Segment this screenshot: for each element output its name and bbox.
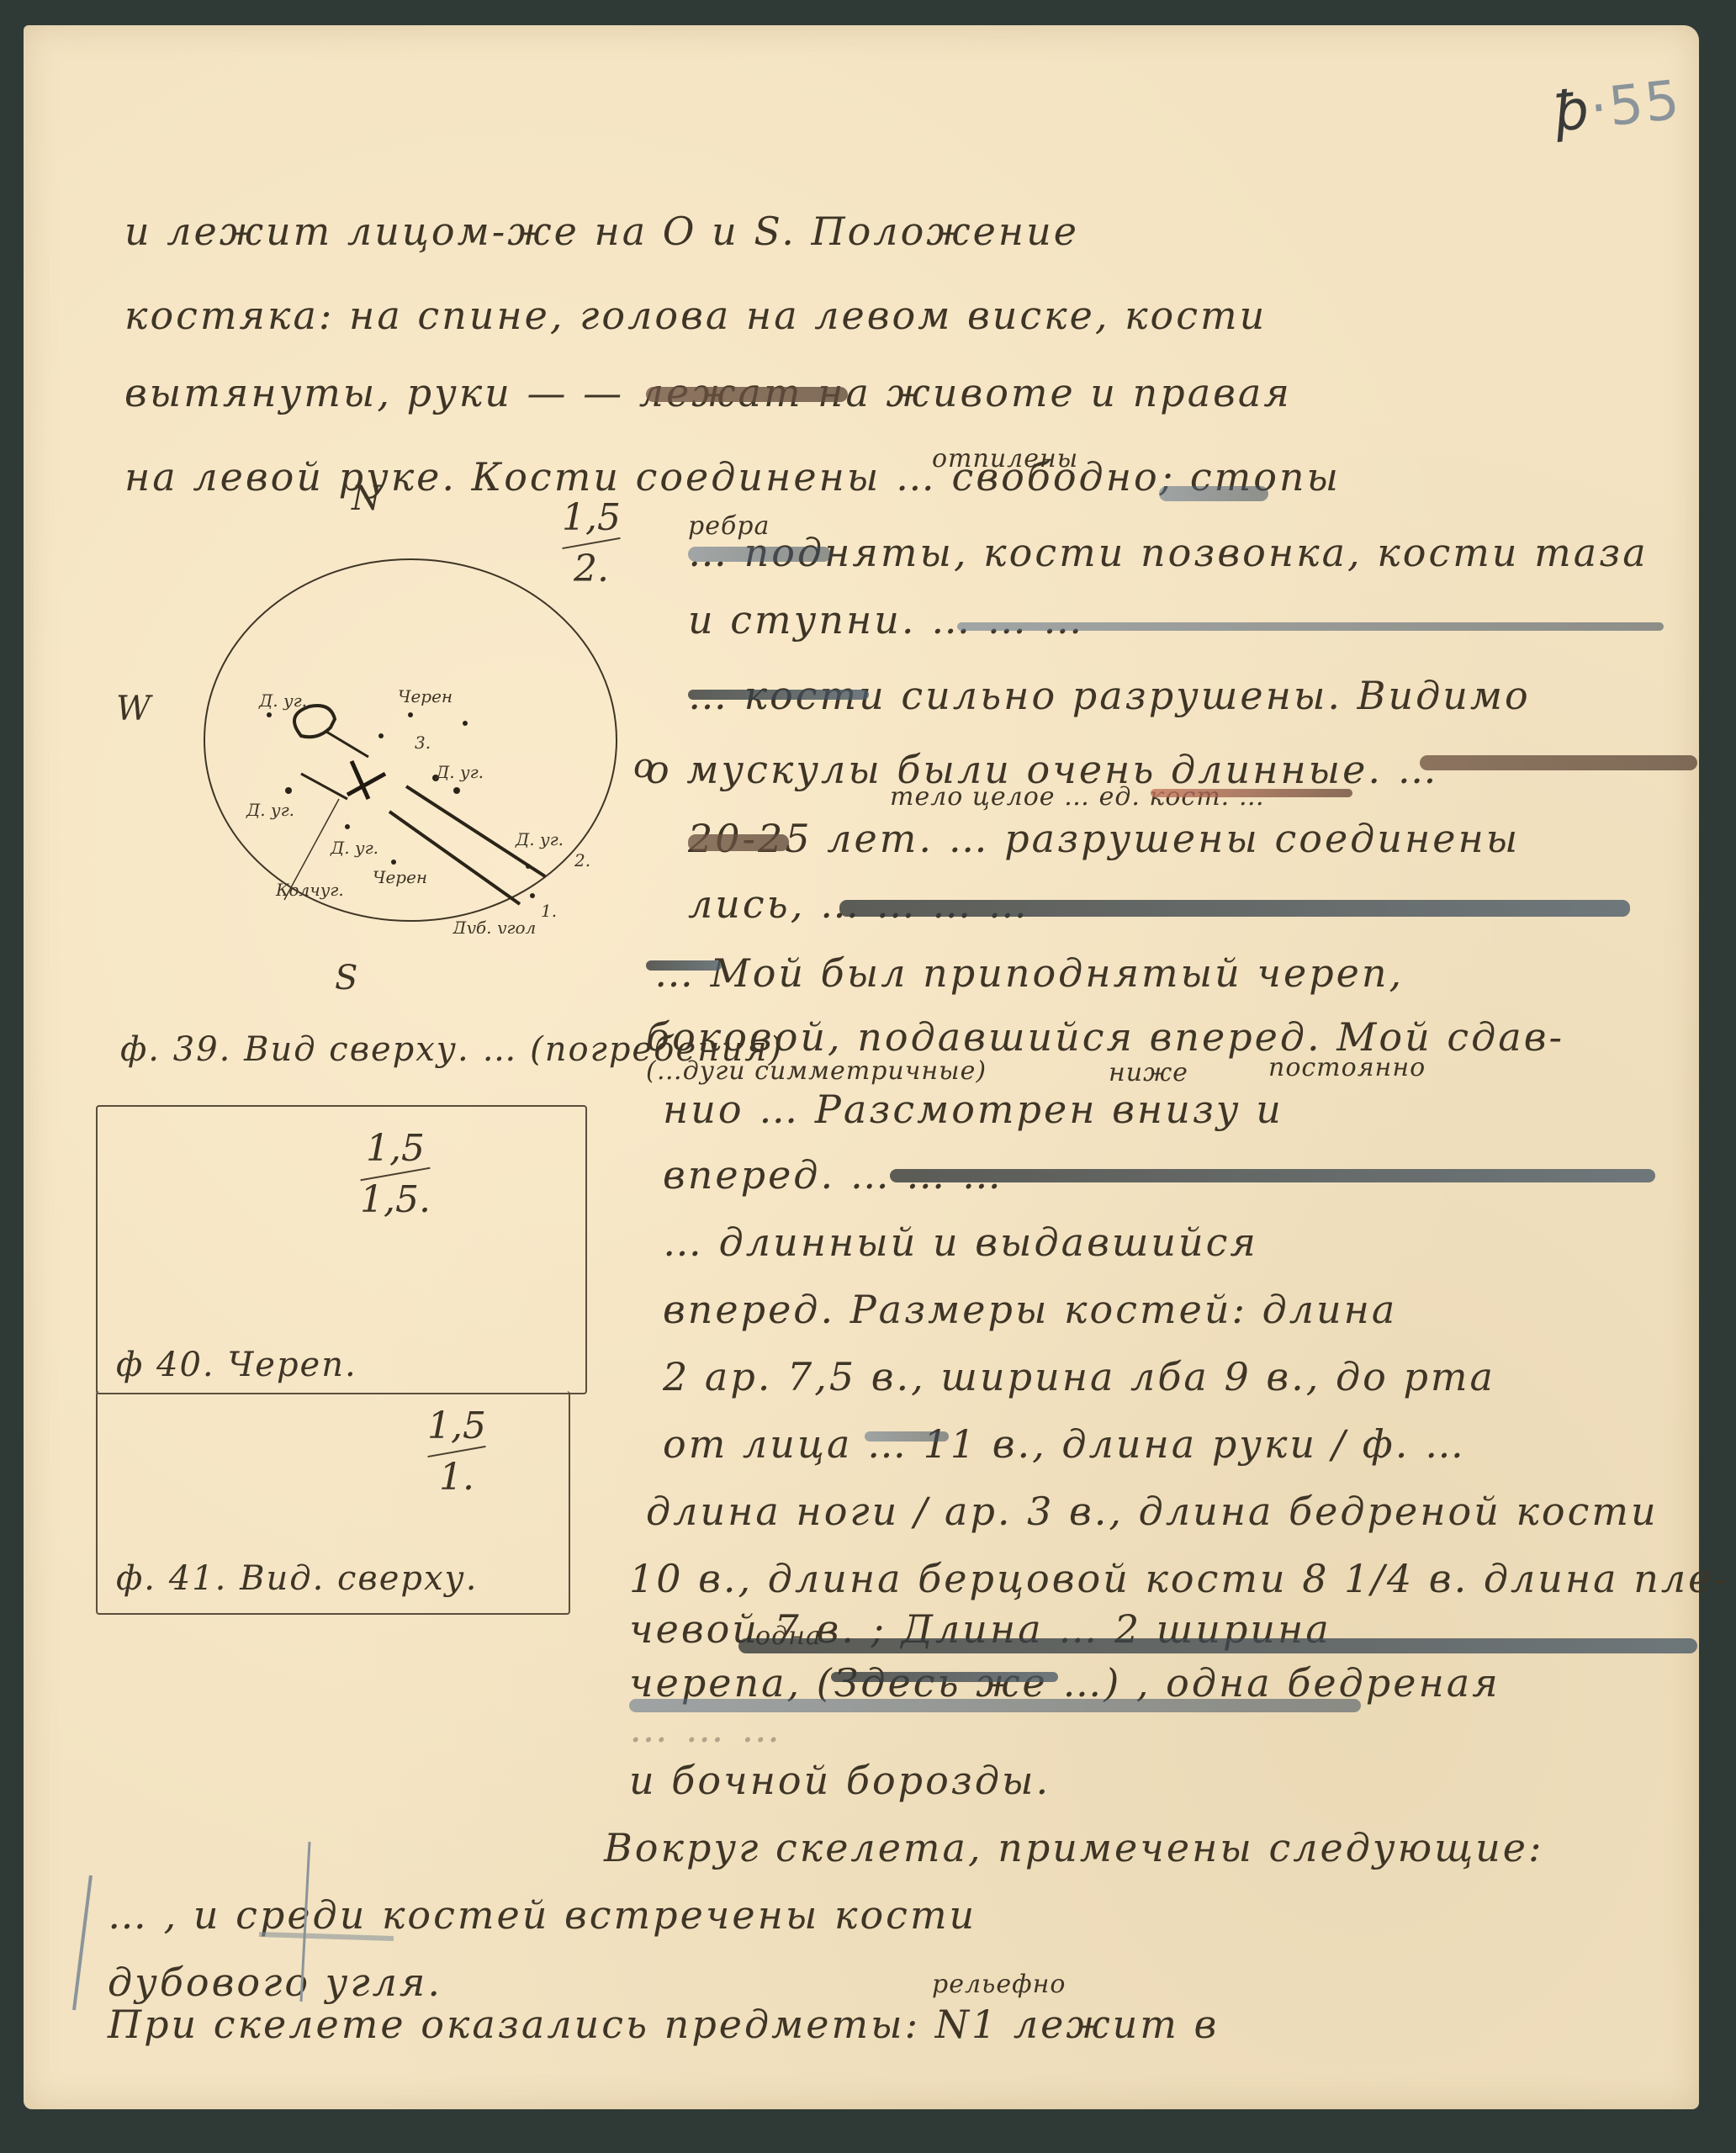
text-line-16: вперед. Размеры костей: длина xyxy=(663,1287,1397,1332)
folio-number: ꝥ·55 xyxy=(1552,69,1684,144)
bone-line xyxy=(389,812,520,904)
margin-fraction: 1,5 1,5. xyxy=(360,1127,431,1221)
strikethrough xyxy=(688,547,831,562)
strikethrough xyxy=(831,1672,1058,1682)
text-line-25: Вокруг скелета, примечены следующие: xyxy=(604,1825,1544,1870)
pencil-sketch xyxy=(57,1825,394,2044)
figure-41-caption: ф. 41. Вид. сверху. xyxy=(116,1559,478,1598)
folio-mark: ꝥ xyxy=(1552,79,1594,145)
compass-south: S xyxy=(335,959,357,997)
fraction-denominator: 1,5. xyxy=(360,1178,431,1221)
text-line-18: от лица … 11 в., длина руки / ф. … xyxy=(663,1421,1466,1467)
interlinear-note: рельефно xyxy=(932,1970,1066,1999)
fraction-numerator: 1,5 xyxy=(366,1127,425,1170)
text-line-11: … Мой был приподнятый череп, xyxy=(654,950,1404,996)
diagram-label: Д. уг. xyxy=(515,829,564,849)
diagram-label: Дуб. угол xyxy=(452,918,536,934)
strikethrough xyxy=(688,690,869,700)
figure-40-caption: ф 40. Череп. xyxy=(116,1346,357,1384)
diagram-label: Д. уг. xyxy=(435,762,484,782)
text-line-13: нио … Разсмотрен внизу и xyxy=(663,1087,1283,1132)
text-line-23: … … … xyxy=(629,1706,782,1751)
compass-north: N xyxy=(352,479,381,518)
strikethrough xyxy=(957,622,1664,631)
strikethrough xyxy=(646,387,848,402)
strikethrough xyxy=(1420,755,1697,770)
strikethrough xyxy=(1159,486,1268,501)
manuscript-page: ꝥ·55 и лежит лицом-же на O и S. Положени… xyxy=(24,25,1699,2109)
strikethrough xyxy=(688,834,789,851)
text-line-1: и лежит лицом-же на O и S. Положение xyxy=(124,209,1079,254)
text-line-5: … подняты, кости позвонка, кости таза xyxy=(688,530,1649,575)
text-line-17: 2 ар. 7,5 в., ширина лба 9 в., до рта xyxy=(663,1354,1495,1399)
strikethrough xyxy=(839,900,1630,917)
diagram-label: Д. уг. xyxy=(258,690,307,711)
text-line-19: длина ноги / ар. 3 в., длина бедреной ко… xyxy=(646,1489,1659,1534)
fraction-numerator: 1,5 xyxy=(562,496,621,539)
diagram-label: Д. уг. xyxy=(330,838,378,858)
diagram-label: Черен xyxy=(398,686,453,706)
strikethrough xyxy=(865,1431,949,1442)
burial-diagram: Д. уг. Д. уг. Д. уг. Д. уг. Д. уг. Черен… xyxy=(192,547,629,934)
strikethrough xyxy=(738,1638,1697,1653)
strikethrough xyxy=(646,960,722,971)
compass-east-marker: o xyxy=(633,747,654,786)
diagram-label: 2. xyxy=(574,850,590,870)
text-line-9: 20-25 лет. … разрушены соединены xyxy=(688,816,1520,861)
fraction-numerator: 1,5 xyxy=(427,1404,486,1447)
interlinear-note: ниже xyxy=(1109,1058,1188,1087)
folio-value: 55 xyxy=(1606,69,1684,139)
strikethrough xyxy=(890,1169,1655,1182)
text-line-6: и ступни. … … … xyxy=(688,597,1084,643)
interlinear-note: постоянно xyxy=(1268,1053,1426,1082)
text-line-20: 10 в., длина берцовой кости 8 1/4 в. дли… xyxy=(629,1556,1729,1601)
diagram-label: 1. xyxy=(541,901,557,921)
text-line-24: и бочной борозды. xyxy=(629,1758,1051,1803)
fraction-denominator: 1. xyxy=(439,1456,474,1499)
figure-39-caption: ф. 39. Вид сверху. … (погребения) xyxy=(120,1030,783,1069)
text-line-2: костяка: на спине, голова на левом виске… xyxy=(124,293,1267,338)
diagram-label: Д. уг. xyxy=(246,800,294,820)
diagram-label: Колчуг. xyxy=(275,880,344,900)
margin-fraction: 1,5 1. xyxy=(427,1404,486,1499)
text-line-15: … длинный и выдавшийся xyxy=(663,1219,1258,1265)
strikethrough xyxy=(1151,789,1352,797)
text-line-12: боковой, подавшийся вперед. Мой сдав- xyxy=(646,1014,1564,1060)
diagram-label: Черен xyxy=(373,867,427,887)
diagram-label: 3. xyxy=(415,733,431,753)
compass-west: W xyxy=(116,690,151,728)
